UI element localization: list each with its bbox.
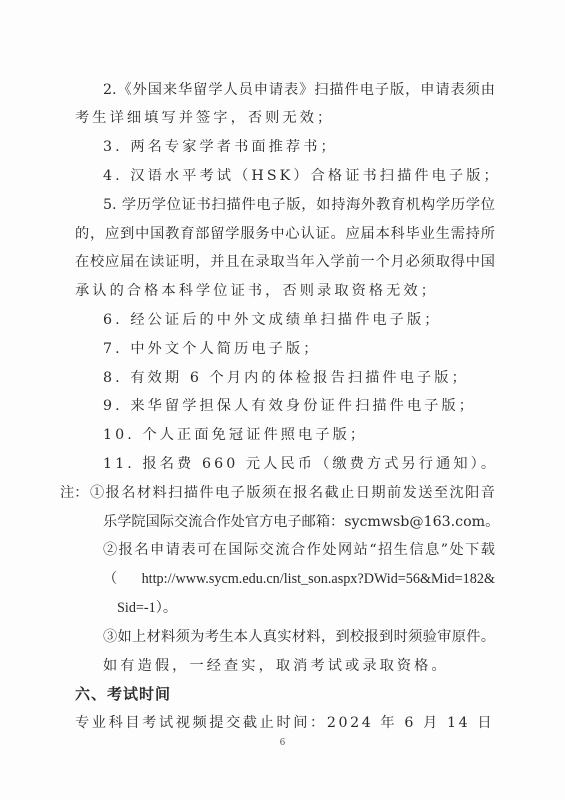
item-7: 7. 中外文个人简历电子版； — [103, 339, 495, 359]
item-4: 4. 汉语水平考试（HSK）合格证书扫描件电子版； — [103, 166, 495, 186]
note-2-url: （http://www.sycm.edu.cn/list_son.aspx?DW… — [103, 569, 495, 589]
item-11: 11. 报名费 660 元人民币（缴费方式另行通知）。 — [103, 454, 495, 474]
item-2-line-1: 2.《外国来华留学人员申请表》扫描件电子版，申请表须由 — [103, 80, 495, 100]
document-page: 2.《外国来华留学人员申请表》扫描件电子版，申请表须由 考生详细填写并签字，否则… — [0, 0, 565, 800]
note-1-line-2: 乐学院国际交流合作处官方电子邮箱：sycmwsb@163.com。 — [103, 512, 495, 532]
item-10: 10. 个人正面免冠证件照电子版； — [103, 425, 495, 445]
note-2-line-1: ②报名申请表可在国际交流合作处网站“招生信息”处下载 — [103, 540, 495, 560]
item-5-line-1: 5. 学历学位证书扫描件电子版，如持海外教育机构学历学位 — [103, 195, 495, 215]
item-3: 3. 两名专家学者书面推荐书； — [103, 137, 495, 157]
item-5-line-4: 承认的合格本科学位证书，否则录取资格无效； — [75, 281, 495, 301]
note-2-url-end: Sid=-1）。 — [117, 598, 537, 618]
item-2-line-2: 考生详细填写并签字，否则无效； — [75, 108, 495, 128]
section-heading-exam-time: 六、考试时间 — [75, 684, 171, 704]
exam-deadline: 专业科目考试视频提交截止时间：2024 年 6 月 14 日 — [75, 713, 495, 733]
item-5-line-2: 的，应到中国教育部留学服务中心认证。应届本科毕业生需持所 — [75, 224, 495, 244]
note-3-line-1: ③如上材料须为考生本人真实材料，到校报到时须验审原件。 — [103, 627, 495, 647]
item-6: 6. 经公证后的中外文成绩单扫描件电子版； — [103, 310, 495, 330]
note-label: 注： — [60, 483, 88, 503]
item-9: 9. 来华留学担保人有效身份证件扫描件电子版； — [103, 396, 495, 416]
page-number: 6 — [0, 738, 565, 748]
note-3-line-2: 如有造假，一经查实，取消考试或录取资格。 — [103, 656, 523, 676]
item-5-line-3: 在校应届在读证明，并且在录取当年入学前一个月必须取得中国 — [75, 252, 495, 272]
note-1-line-1: ①报名材料扫描件电子版须在报名截止日期前发送至沈阳音 — [90, 483, 495, 503]
item-8: 8. 有效期 6 个月内的体检报告扫描件电子版； — [103, 368, 495, 388]
